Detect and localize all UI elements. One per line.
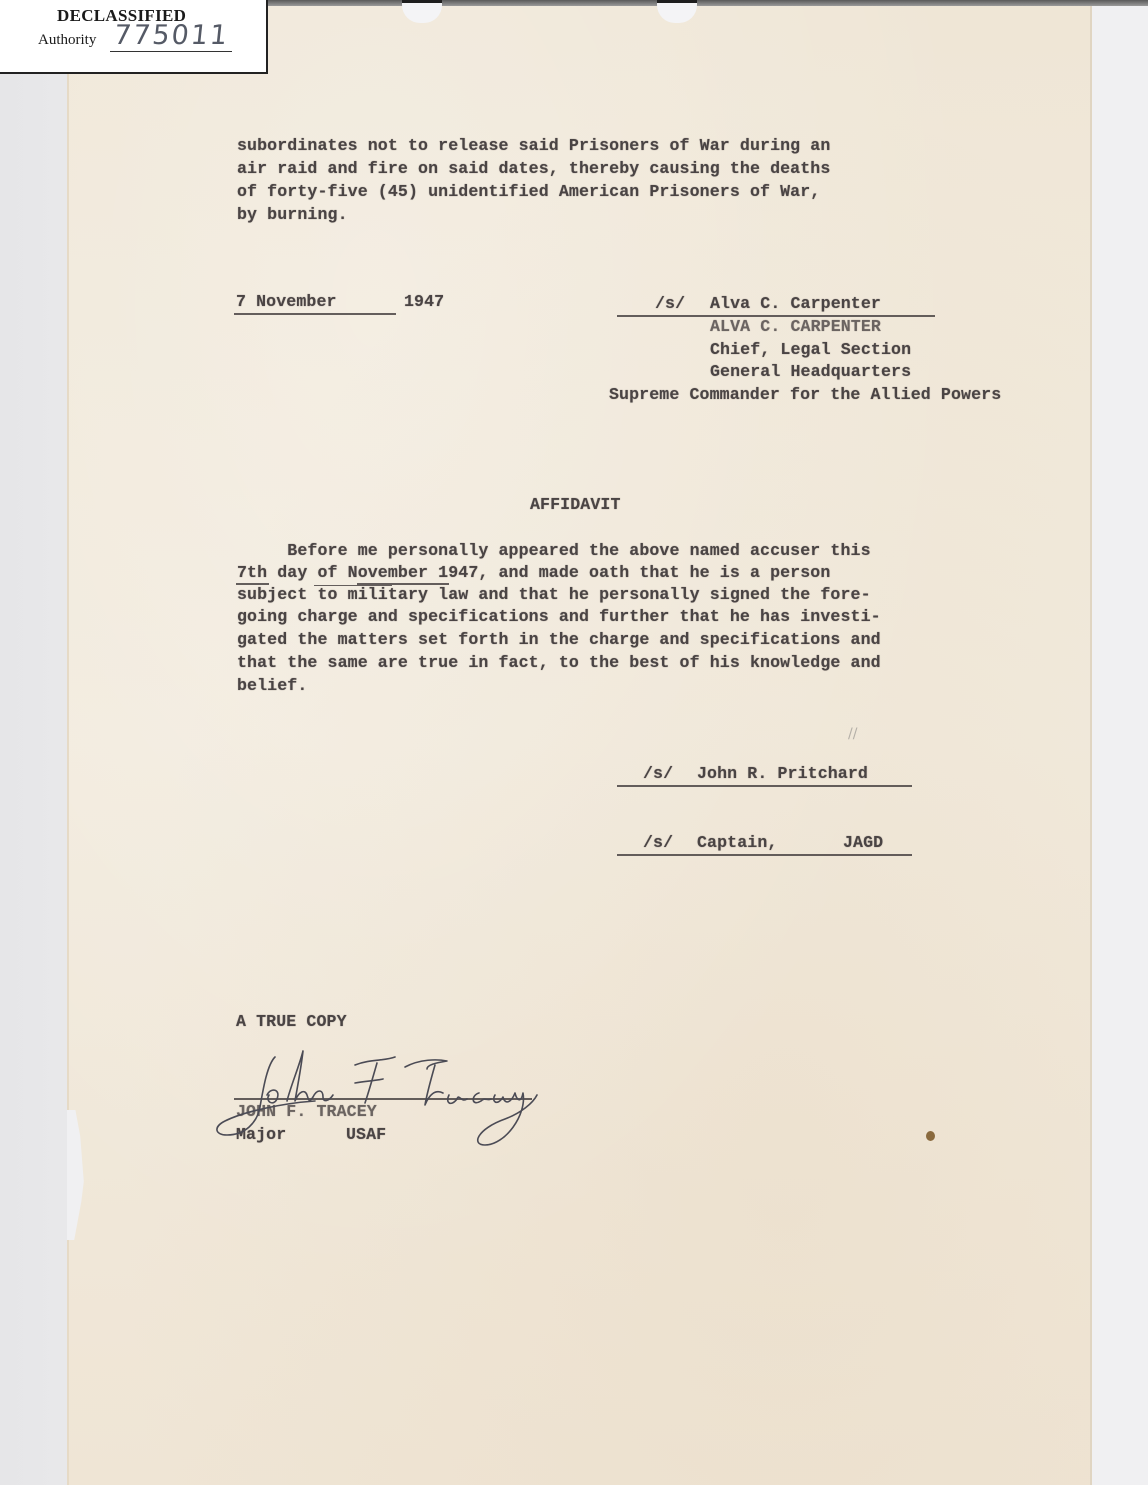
affidavit-line: gated the matters set forth in the charg…	[237, 628, 881, 652]
affidavit-signer-rank: Captain,	[697, 831, 777, 855]
document-page	[67, 4, 1092, 1485]
affidavit-sig-prefix: /s/	[643, 762, 673, 786]
affidavit-heading: AFFIDAVIT	[530, 493, 621, 517]
charge-year: 1947	[404, 290, 444, 314]
date-underline	[234, 313, 396, 315]
declassified-label: DECLASSIFIED Authority 775011	[0, 0, 268, 74]
authority-underline	[110, 51, 232, 52]
affidavit-signer-branch: JAGD	[843, 831, 883, 855]
text-line: by burning.	[237, 203, 348, 227]
handwritten-signature	[205, 1045, 545, 1150]
affidavit-sig-prefix: /s/	[643, 831, 673, 855]
true-copy-label: A TRUE COPY	[236, 1010, 347, 1034]
authority-label: Authority	[38, 32, 96, 49]
text-line: of forty-five (45) unidentified American…	[237, 180, 820, 204]
typed-name: ALVA C. CARPENTER	[710, 315, 881, 339]
affidavit-line: that the same are true in fact, to the b…	[237, 651, 881, 675]
affidavit-line: 7th day of November 1947, and made oath …	[237, 561, 830, 585]
affidavit-line: going charge and specifications and furt…	[237, 605, 881, 629]
title-line: Supreme Commander for the Allied Powers	[609, 383, 1001, 407]
underline-military	[314, 585, 392, 586]
affidavit-signature-line	[617, 785, 912, 787]
charge-date: 7 November	[236, 290, 337, 314]
affidavit-line: subject to military law and that he pers…	[237, 583, 871, 607]
title-line: Chief, Legal Section	[710, 338, 911, 362]
paper-stain	[926, 1131, 935, 1141]
title-line: General Headquarters	[710, 360, 911, 384]
affidavit-line: belief.	[237, 674, 307, 698]
text-line: subordinates not to release said Prisone…	[237, 134, 830, 158]
affidavit-signer-name: John R. Pritchard	[697, 762, 868, 786]
affidavit-rank-line	[617, 854, 912, 856]
text-line: air raid and fire on said dates, thereby…	[237, 157, 830, 181]
signed-name: Alva C. Carpenter	[710, 292, 881, 316]
affidavit-line: Before me personally appeared the above …	[237, 539, 871, 563]
signature-prefix: /s/	[655, 292, 685, 316]
authority-number: 775011	[112, 20, 230, 51]
pencil-mark: //	[848, 726, 857, 742]
